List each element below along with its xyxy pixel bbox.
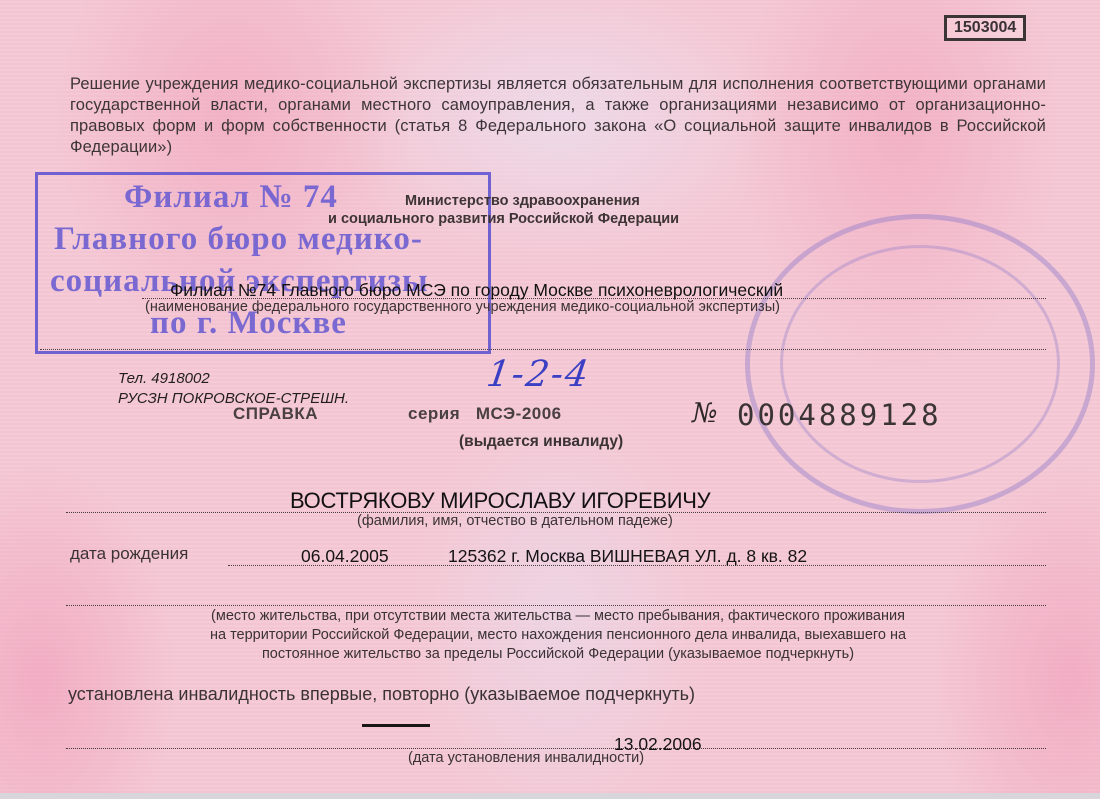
ministry-title-line-1: Министерство здравоохранения	[405, 192, 640, 211]
institution-caption: (наименование федерального государственн…	[145, 299, 780, 315]
contact-block: Тел. 4918002 РУСЗН ПОКРОВСКОЕ-СТРЕШН.	[118, 369, 349, 409]
certificate-number: 0004889128	[737, 398, 942, 432]
certificate-title: СПРАВКА	[233, 404, 318, 424]
handwritten-note: 1-2-4	[484, 354, 593, 395]
round-official-seal	[745, 214, 1095, 514]
stamp-line-1: Филиал № 74	[124, 179, 338, 215]
name-caption: (фамилия, имя, отчество в дательном паде…	[357, 513, 673, 529]
page-edge	[0, 793, 1100, 799]
birth-date-value: 06.04.2005	[301, 546, 389, 567]
disability-date-caption: (дата установления инвалидности)	[408, 750, 644, 766]
ministry-title-line-2: и социального развития Российской Федера…	[328, 210, 679, 229]
issued-to-note: (выдается инвалиду)	[459, 433, 623, 451]
series-label: серия	[408, 404, 460, 423]
birth-date-label: дата рождения	[70, 544, 188, 564]
disability-established-text: установлена инвалидность впервые, повтор…	[68, 684, 695, 705]
legal-notice-paragraph: Решение учреждения медико-социальной экс…	[70, 74, 1046, 158]
address-underline	[66, 605, 1046, 606]
underline-mark	[362, 724, 430, 727]
form-number-box: 1503004	[944, 15, 1026, 41]
phone-number: Тел. 4918002	[118, 369, 349, 389]
number-sign: №	[692, 398, 718, 429]
recipient-name: ВОСТРЯКОВУ МИРОСЛАВУ ИГОРЕВИЧУ	[290, 488, 710, 514]
disability-date-underline	[66, 748, 1046, 749]
institution-name: Филиал №74 Главного бюро МСЭ по городу М…	[170, 280, 783, 301]
address-caption: (место жительства, при отсутствии места …	[0, 607, 1100, 664]
series-value: МСЭ-2006	[476, 404, 562, 423]
blank-line	[40, 349, 1046, 350]
address-value: 125362 г. Москва ВИШНЕВАЯ УЛ. д. 8 кв. 8…	[448, 546, 807, 567]
certificate-series: серия МСЭ-2006	[408, 404, 562, 424]
